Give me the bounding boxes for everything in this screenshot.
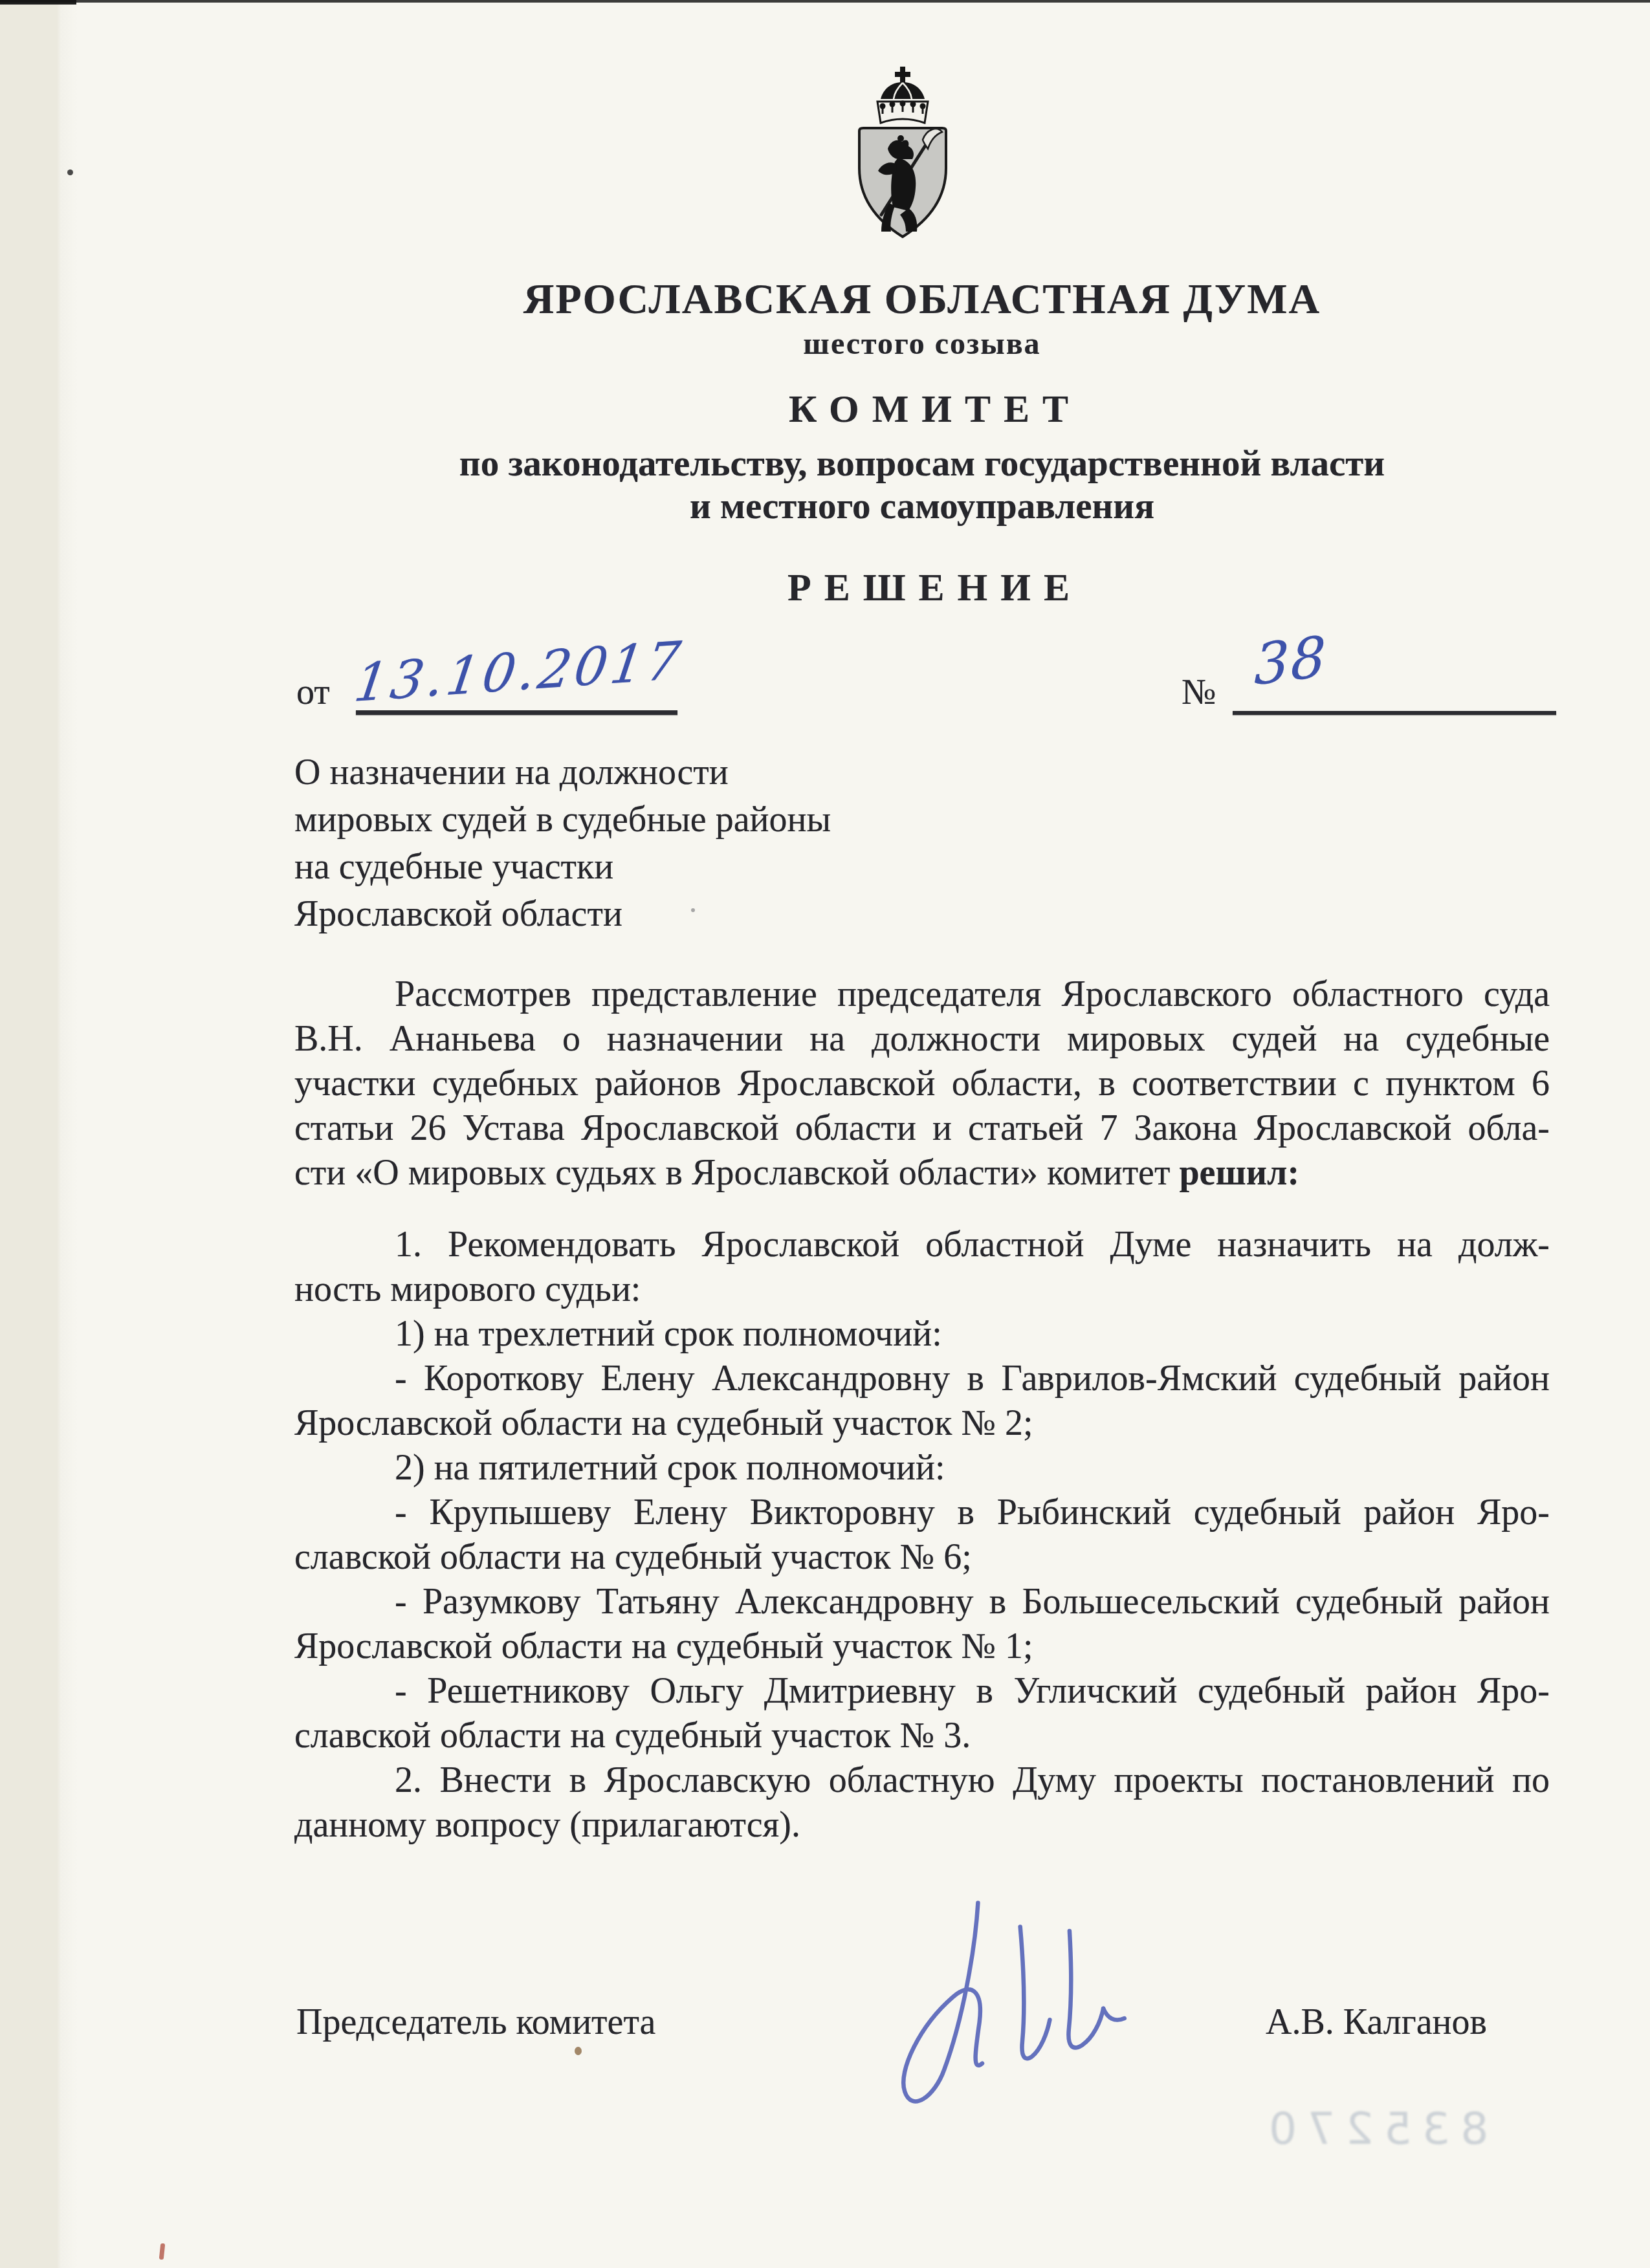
- body-line: участки судебных районов Ярославской обл…: [294, 1062, 1550, 1106]
- body-line: 2) на пятилетний срок полномочий:: [294, 1446, 1550, 1490]
- committee-description-line2: и местного самоуправления: [294, 488, 1550, 525]
- document-type-title: РЕШЕНИЕ: [294, 568, 1563, 607]
- committee-description-line1: по законодательству, вопросам государств…: [294, 445, 1550, 482]
- subject-line: О назначении на должности: [294, 749, 1200, 796]
- bleed-through-digits: 835270: [1259, 2104, 1489, 2155]
- coat-of-arms-icon: [854, 65, 951, 241]
- organization-title: ЯРОСЛАВСКАЯ ОБЛАСТНАЯ ДУМА: [294, 278, 1550, 321]
- subject-line: на судебные участки: [294, 844, 1200, 891]
- signer-name: А.В. Калганов: [1266, 2004, 1487, 2040]
- body-line: данному вопросу (прилагаются).: [294, 1803, 1550, 1848]
- body-line: 2. Внести в Ярославскую областную Думу п…: [294, 1758, 1550, 1803]
- handwritten-date: 13.10.2017: [351, 630, 687, 714]
- body-line-text: сти «О мировых судьях в Ярославской обла…: [294, 1153, 1179, 1193]
- body-paragraph-preamble: Рассмотрев представление председателя Яр…: [294, 972, 1550, 1195]
- scan-top-edge-line: [0, 0, 1650, 3]
- subject-line: мировых судей в судебные районы: [294, 796, 1200, 844]
- body-paragraph-resolutions: 1. Рекомендовать Ярославской областной Д…: [294, 1223, 1550, 1848]
- ink-speck: [67, 169, 73, 175]
- body-line: ность мирового судьи:: [294, 1267, 1550, 1312]
- body-line: статьи 26 Устава Ярославской области и с…: [294, 1106, 1550, 1151]
- paper-stain: [575, 2047, 582, 2055]
- body-line: - Решетникову Ольгу Дмитриевну в Угличск…: [294, 1669, 1550, 1714]
- body-line: В.Н. Ананьева о назначении на должности …: [294, 1017, 1550, 1062]
- body-line: Ярославской области на судебный участок …: [294, 1401, 1550, 1446]
- scan-top-left-edge: [0, 0, 76, 5]
- red-pen-mark: [159, 2243, 166, 2260]
- document-page: ЯРОСЛАВСКАЯ ОБЛАСТНАЯ ДУМА шестого созыв…: [0, 0, 1650, 2268]
- signer-position-label: Председатель комитета: [296, 2004, 655, 2040]
- date-underline: [356, 710, 677, 715]
- subject-line: Ярославской области: [294, 891, 1200, 938]
- resolved-keyword: решил:: [1179, 1153, 1299, 1193]
- body-line: - Крупышеву Елену Викторовну в Рыбинский…: [294, 1490, 1550, 1535]
- subject-block: О назначении на должности мировых судей …: [294, 749, 1200, 938]
- body-line: - Короткову Елену Александровну в Гаврил…: [294, 1357, 1550, 1401]
- number-label: №: [1182, 674, 1216, 710]
- body-line: сти «О мировых судьях в Ярославской обла…: [294, 1151, 1550, 1195]
- date-label: от: [296, 674, 330, 710]
- body-line: Рассмотрев представление председателя Яр…: [294, 972, 1550, 1017]
- convocation-subtitle: шестого созыва: [294, 329, 1550, 360]
- body-line: славской области на судебный участок № 3…: [294, 1714, 1550, 1758]
- body-line: Ярославской области на судебный участок …: [294, 1624, 1550, 1669]
- body-line: 1. Рекомендовать Ярославской областной Д…: [294, 1223, 1550, 1267]
- committee-title: КОМИТЕТ: [294, 389, 1563, 428]
- body-line: славской области на судебный участок № 6…: [294, 1535, 1550, 1580]
- handwritten-signature: [885, 1890, 1144, 2133]
- number-underline: [1233, 711, 1556, 715]
- body-line: - Разумкову Татьяну Александровну в Боль…: [294, 1580, 1550, 1624]
- handwritten-number: 38: [1254, 624, 1328, 699]
- crown-cross: [895, 67, 910, 84]
- body-line: 1) на трехлетний срок полномочий:: [294, 1312, 1550, 1357]
